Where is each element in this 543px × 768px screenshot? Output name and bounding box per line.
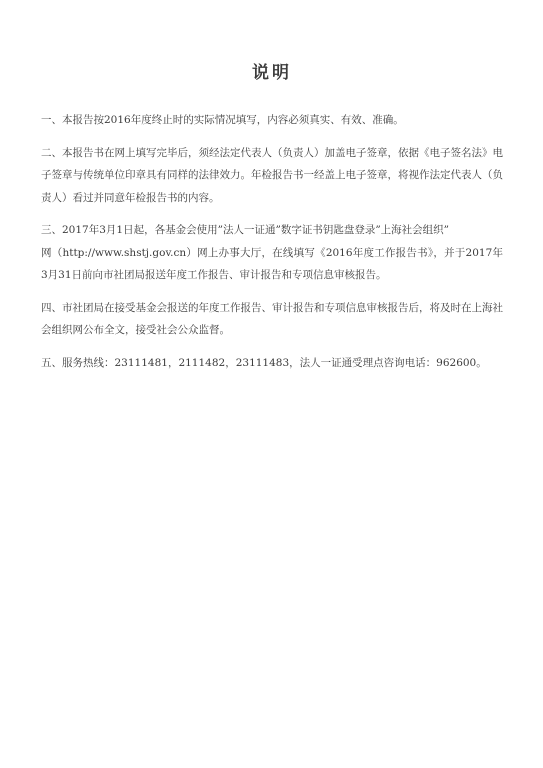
paragraph-2: 二、本报告书在网上填写完毕后，须经法定代表人（负责人）加盖电子签章，依据《电子签… (41, 142, 503, 210)
paragraph-4: 四、市社团局在接受基金会报送的年度工作报告、审计报告和专项信息审核报告后，将及时… (41, 297, 503, 342)
paragraph-5: 五、服务热线：23111481，2111482，23111483，法人一证通受理… (41, 352, 503, 375)
paragraph-1: 一、本报告按2016年度终止时的实际情况填写，内容必须真实、有效、准确。 (41, 109, 503, 132)
document-page: 说明 一、本报告按2016年度终止时的实际情况填写，内容必须真实、有效、准确。 … (0, 0, 543, 768)
paragraph-list: 一、本报告按2016年度终止时的实际情况填写，内容必须真实、有效、准确。 二、本… (41, 109, 503, 374)
paragraph-3: 三、2017年3月1日起，各基金会使用”法人一证通”数字证书钥匙盘登录”上海社会… (41, 219, 503, 287)
page-title: 说明 (41, 58, 503, 83)
